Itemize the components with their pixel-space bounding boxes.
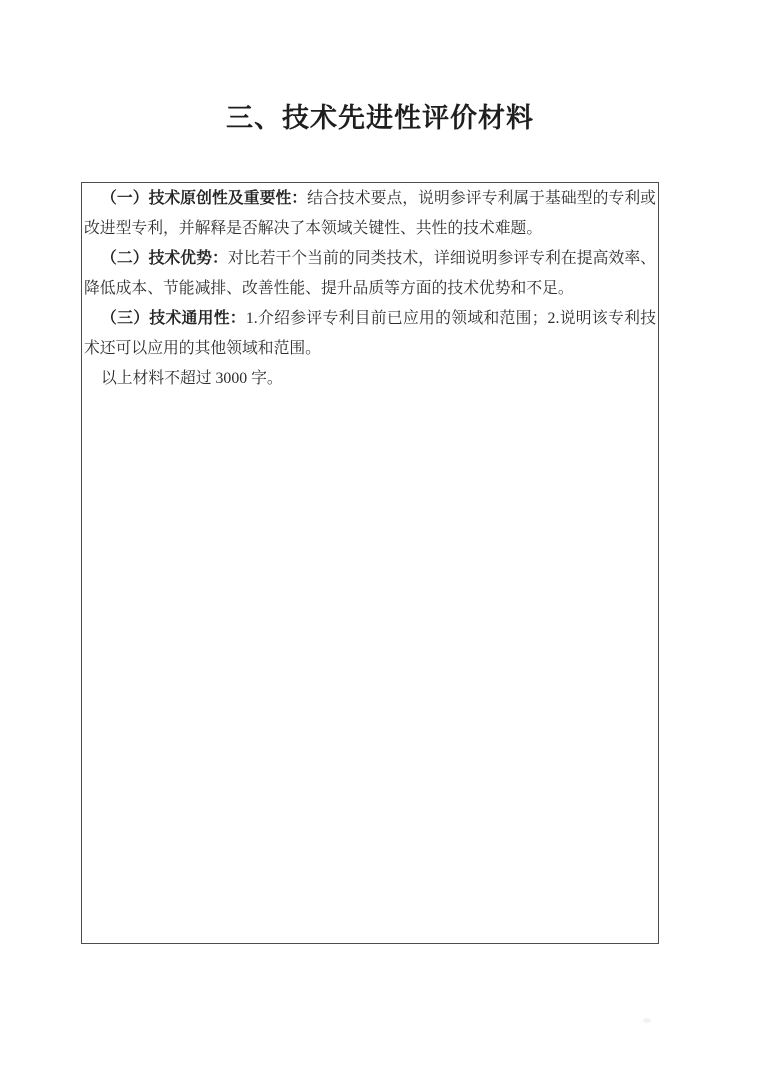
- paragraph-originality: （一）技术原创性及重要性：结合技术要点，说明参评专利属于基础型的专利或改进型专利…: [84, 184, 656, 244]
- paragraph-originality-label: （一）技术原创性及重要性：: [101, 190, 307, 207]
- paragraph-word-limit: 以上材料不超过 3000 字。: [84, 364, 656, 394]
- paragraph-generality-label: （三）技术通用性：: [101, 310, 246, 327]
- scan-smudge: [643, 1018, 651, 1023]
- document-page: 三、技术先进性评价材料 （一）技术原创性及重要性：结合技术要点，说明参评专利属于…: [0, 0, 760, 1074]
- page-title: 三、技术先进性评价材料: [0, 102, 760, 134]
- paragraph-word-limit-text: 以上材料不超过 3000 字。: [101, 370, 283, 387]
- content-box: （一）技术原创性及重要性：结合技术要点，说明参评专利属于基础型的专利或改进型专利…: [81, 182, 659, 944]
- paragraph-advantage: （二）技术优势：对比若干个当前的同类技术，详细说明参评专利在提高效率、降低成本、…: [84, 244, 656, 304]
- paragraph-advantage-label: （二）技术优势：: [101, 250, 228, 267]
- paragraph-generality: （三）技术通用性：1.介绍参评专利目前已应用的领域和范围；2.说明该专利技术还可…: [84, 304, 656, 364]
